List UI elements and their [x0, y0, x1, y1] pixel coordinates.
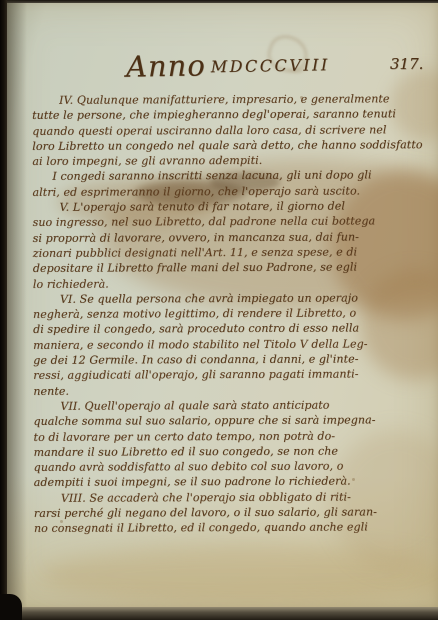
manuscript-line: di spedire il congedo, sarà proceduto co…: [33, 321, 433, 338]
page-title: AnnoMDCCCVIII: [126, 46, 330, 84]
manuscript-line: VI. Se quella persona che avrà impiegato…: [33, 290, 433, 307]
manuscript-line: lo richiederà.: [33, 275, 433, 292]
manuscript-line: rarsi perché gli negano del lavoro, o il…: [34, 504, 434, 521]
page-header: AnnoMDCCCVIII 317.: [0, 48, 438, 82]
manuscript-line: I congedi saranno inscritti senza lacuna…: [32, 168, 432, 185]
manuscript-line: tutte le persone, che impiegheranno degl…: [32, 106, 432, 123]
manuscript-line: si proporrà di lavorare, ovvero, in manc…: [33, 229, 433, 246]
manuscript-line: depositare il Libretto fralle mani del s…: [33, 259, 433, 276]
manuscript-line: to di lavorare per un certo dato tempo, …: [34, 428, 434, 445]
page-edge-bottom: [0, 607, 438, 620]
manuscript-line: zionari pubblici designati nell'Art. 11,…: [33, 244, 433, 261]
manuscript-line: quando avrà soddisfatto al suo debito co…: [34, 458, 434, 475]
manuscript-line: nente.: [33, 382, 433, 399]
manuscript-line: V. L'operajo sarà tenuto di far notare, …: [33, 198, 433, 215]
manuscript-line: ai loro impegni, se gli avranno adempiti…: [32, 152, 432, 169]
title-roman-year: MDCCCVIII: [211, 55, 330, 76]
manuscript-line: ressi, aggiudicati all'operajo, gli sara…: [33, 366, 433, 383]
manuscript-line: VIII. Se accaderà che l'operajo sia obbl…: [34, 489, 434, 506]
manuscript-line: suo ingresso, nel suo Libretto, dal padr…: [33, 214, 433, 231]
manuscript-line: no consegnati il Libretto, ed il congedo…: [34, 519, 434, 536]
manuscript-line: VII. Quell'operajo al quale sarà stato a…: [33, 397, 433, 414]
manuscript-line: altri, ed esprimeranno il giorno, che l'…: [32, 183, 432, 200]
page-edge-top: [0, 0, 438, 3]
manuscript-line: qualche somma sul suo salario, oppure ch…: [33, 412, 433, 429]
manuscript-text: IV. Qualunque manifatturiere, impresario…: [32, 91, 434, 536]
manuscript-line: adempiti i suoi impegni, se il suo padro…: [34, 474, 434, 491]
manuscript-line: loro Libretto un congedo nel quale sarà …: [32, 137, 432, 154]
page-number: 317.: [390, 55, 423, 73]
manuscript-line: negherà, senza motivo legittimo, di rend…: [33, 305, 433, 322]
gutter-shadow: [7, 0, 27, 620]
manuscript-line: ge dei 12 Germile. In caso di condanna, …: [33, 351, 433, 368]
binding-edge: [0, 0, 7, 620]
title-word-anno: Anno: [126, 48, 206, 83]
page-corner-shadow: [0, 594, 22, 620]
manuscript-line: IV. Qualunque manifatturiere, impresario…: [32, 91, 432, 108]
manuscript-page-scan: AnnoMDCCCVIII 317. IV. Qualunque manifat…: [0, 0, 438, 620]
manuscript-line: quando questi operai usciranno dalla lor…: [32, 122, 432, 139]
manuscript-line: mandare il suo Libretto ed il suo conged…: [34, 443, 434, 460]
manuscript-line: maniera, e secondo il modo stabilito nel…: [33, 336, 433, 353]
